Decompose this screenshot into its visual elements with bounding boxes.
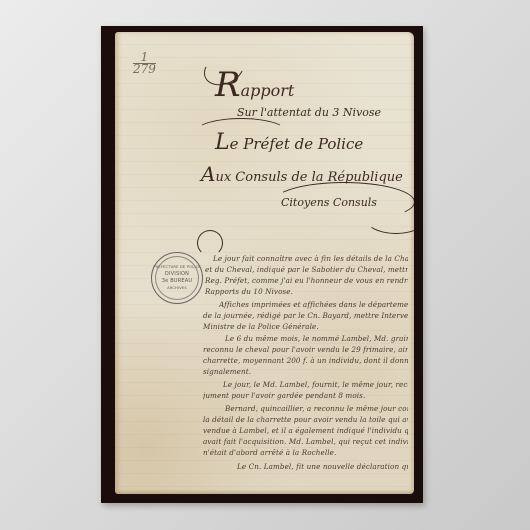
body-line: Le Cn. Lambel, fit une nouvelle déclarat… <box>237 462 408 471</box>
document-recipient: Aux Consuls de la République <box>201 162 403 186</box>
body-line: Le 6 du même mois, le nommé Lambel, Md. … <box>225 334 408 343</box>
body-line: charrette, moyennant 200 f. à un individ… <box>203 356 408 365</box>
body-line: reconnu le cheval pour l'avoir vendu le … <box>203 345 408 354</box>
body-line: Affiches imprimées et affichées dans le … <box>219 300 408 309</box>
body-line: jument pour l'avoir gardée pendant 8 moi… <box>203 391 408 400</box>
body-line: Le jour, le Md. Lambel, fournit, le même… <box>223 380 408 389</box>
archive-reference-number: 1 279 <box>133 52 156 75</box>
body-line: et du Cheval, indiqué par le Sabotier du… <box>205 265 408 274</box>
poster-frame: 1 279 Rapport Sur l'attentat du 3 Nivose… <box>101 26 423 503</box>
body-line: la détail de la charrette pour avoir ven… <box>203 415 408 424</box>
body-line: vendue à Lambel, et il a également indiq… <box>203 426 408 435</box>
body-line: avait fait l'acquisition. Md. Lambel, qu… <box>203 437 408 446</box>
document-author: Le Préfet de Police <box>215 130 363 155</box>
archive-stamp: PRÉFECTURE DE POLICE DIVISION 3e BUREAU … <box>151 252 203 304</box>
salutation: Citoyens Consuls <box>281 196 377 209</box>
body-line: Bernard, quincaillier, a reconnu le même… <box>225 404 408 413</box>
body-line: Rapports du 10 Nivose. <box>205 287 408 296</box>
manuscript-page: 1 279 Rapport Sur l'attentat du 3 Nivose… <box>115 32 414 494</box>
body-line: signalement. <box>203 367 408 376</box>
flourish-decoration <box>197 230 223 256</box>
body-line: n'était d'abord arrêté à la Rochelle. <box>203 448 408 457</box>
body-line: de la journée, rédigé par le Cn. Bayard,… <box>203 311 408 320</box>
body-line: Ministre de la Police Générale. <box>203 322 408 331</box>
document-subtitle: Sur l'attentat du 3 Nivose <box>237 106 381 119</box>
body-line: Reg. Préfet, comme j'ai eu l'honneur de … <box>205 276 408 285</box>
document-title: Rapport <box>215 68 294 108</box>
body-line: Le jour fait connaître avec à fin les dé… <box>213 254 408 263</box>
